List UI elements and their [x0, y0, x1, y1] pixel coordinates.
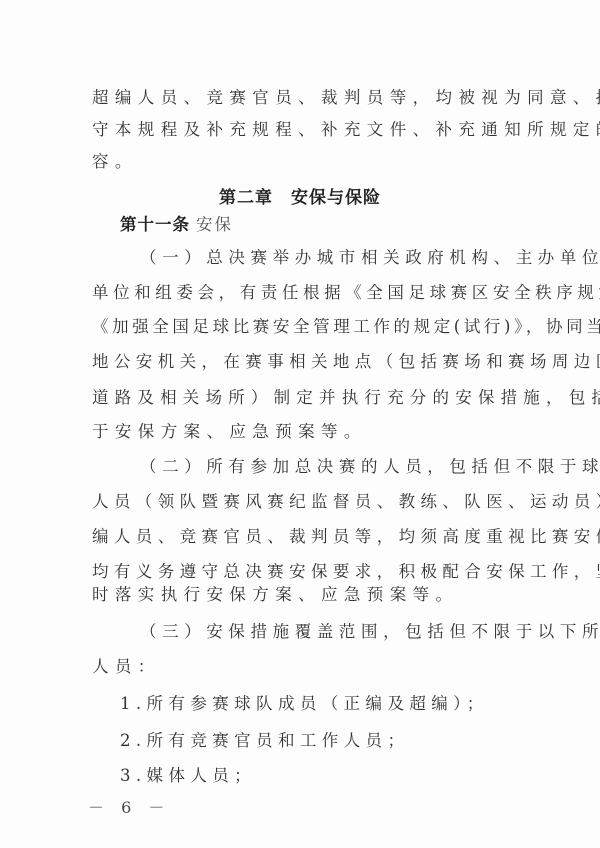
continuation-line-3: 容。: [92, 152, 510, 172]
page-number: － 6 －: [88, 795, 170, 818]
paragraph-1-line-6: 于安保方案、应急预案等。: [92, 422, 510, 442]
paragraph-1-line-2: 单位和组委会，有责任根据《全国足球赛区安全秩序规定》、: [92, 283, 510, 303]
document-page: 超编人员、竞赛官员、裁判员等，均被视为同意、接受并遵 守本规程及补充规程、补充文…: [0, 0, 600, 848]
continuation-line-2: 守本规程及补充规程、补充文件、补充通知所规定的各项内: [92, 120, 510, 140]
list-item-1: 1.所有参赛球队成员（正编及超编）；: [120, 694, 510, 714]
continuation-line-1: 超编人员、竞赛官员、裁判员等，均被视为同意、接受并遵: [92, 88, 510, 108]
article-title: 安保: [196, 215, 233, 234]
paragraph-2-line-1: （二）所有参加总决赛的人员，包括但不限于球队正编: [140, 457, 510, 477]
paragraph-1-line-4: 地公安机关，在赛事相关地点（包括赛场和赛场周边区域、: [92, 352, 510, 372]
paragraph-3-line-1: （三）安保措施覆盖范围，包括但不限于以下所有相关: [140, 622, 510, 642]
paragraph-2-line-5: 时落实执行安保方案、应急预案等。: [92, 585, 510, 605]
article-label: 第十一条: [120, 215, 190, 234]
paragraph-2-line-4: 均有义务遵守总决赛安保要求，积极配合安保工作，坚决及: [92, 562, 510, 582]
paragraph-2-line-2: 人员（领队暨赛风赛纪监督员、教练、队医、运动员）、超: [92, 492, 510, 512]
list-item-3: 3.媒体人员；: [120, 766, 510, 786]
paragraph-3-line-2: 人员：: [92, 657, 510, 677]
paragraph-2-line-3: 编人员、竞赛官员、裁判员等，均须高度重视比赛安保工作，: [92, 527, 510, 547]
paragraph-1-line-3: 《加强全国足球比赛安全管理工作的规定(试行)》，协同当: [92, 317, 510, 337]
paragraph-1-line-5: 道路及相关场所）制定并执行充分的安保措施，包括但不限: [92, 388, 510, 408]
list-item-2: 2.所有竞赛官员和工作人员；: [120, 731, 510, 751]
article-heading: 第十一条安保: [120, 215, 233, 235]
paragraph-1-line-1: （一）总决赛举办城市相关政府机构、主办单位、承办: [140, 248, 510, 268]
chapter-heading: 第二章 安保与保险: [0, 183, 600, 208]
